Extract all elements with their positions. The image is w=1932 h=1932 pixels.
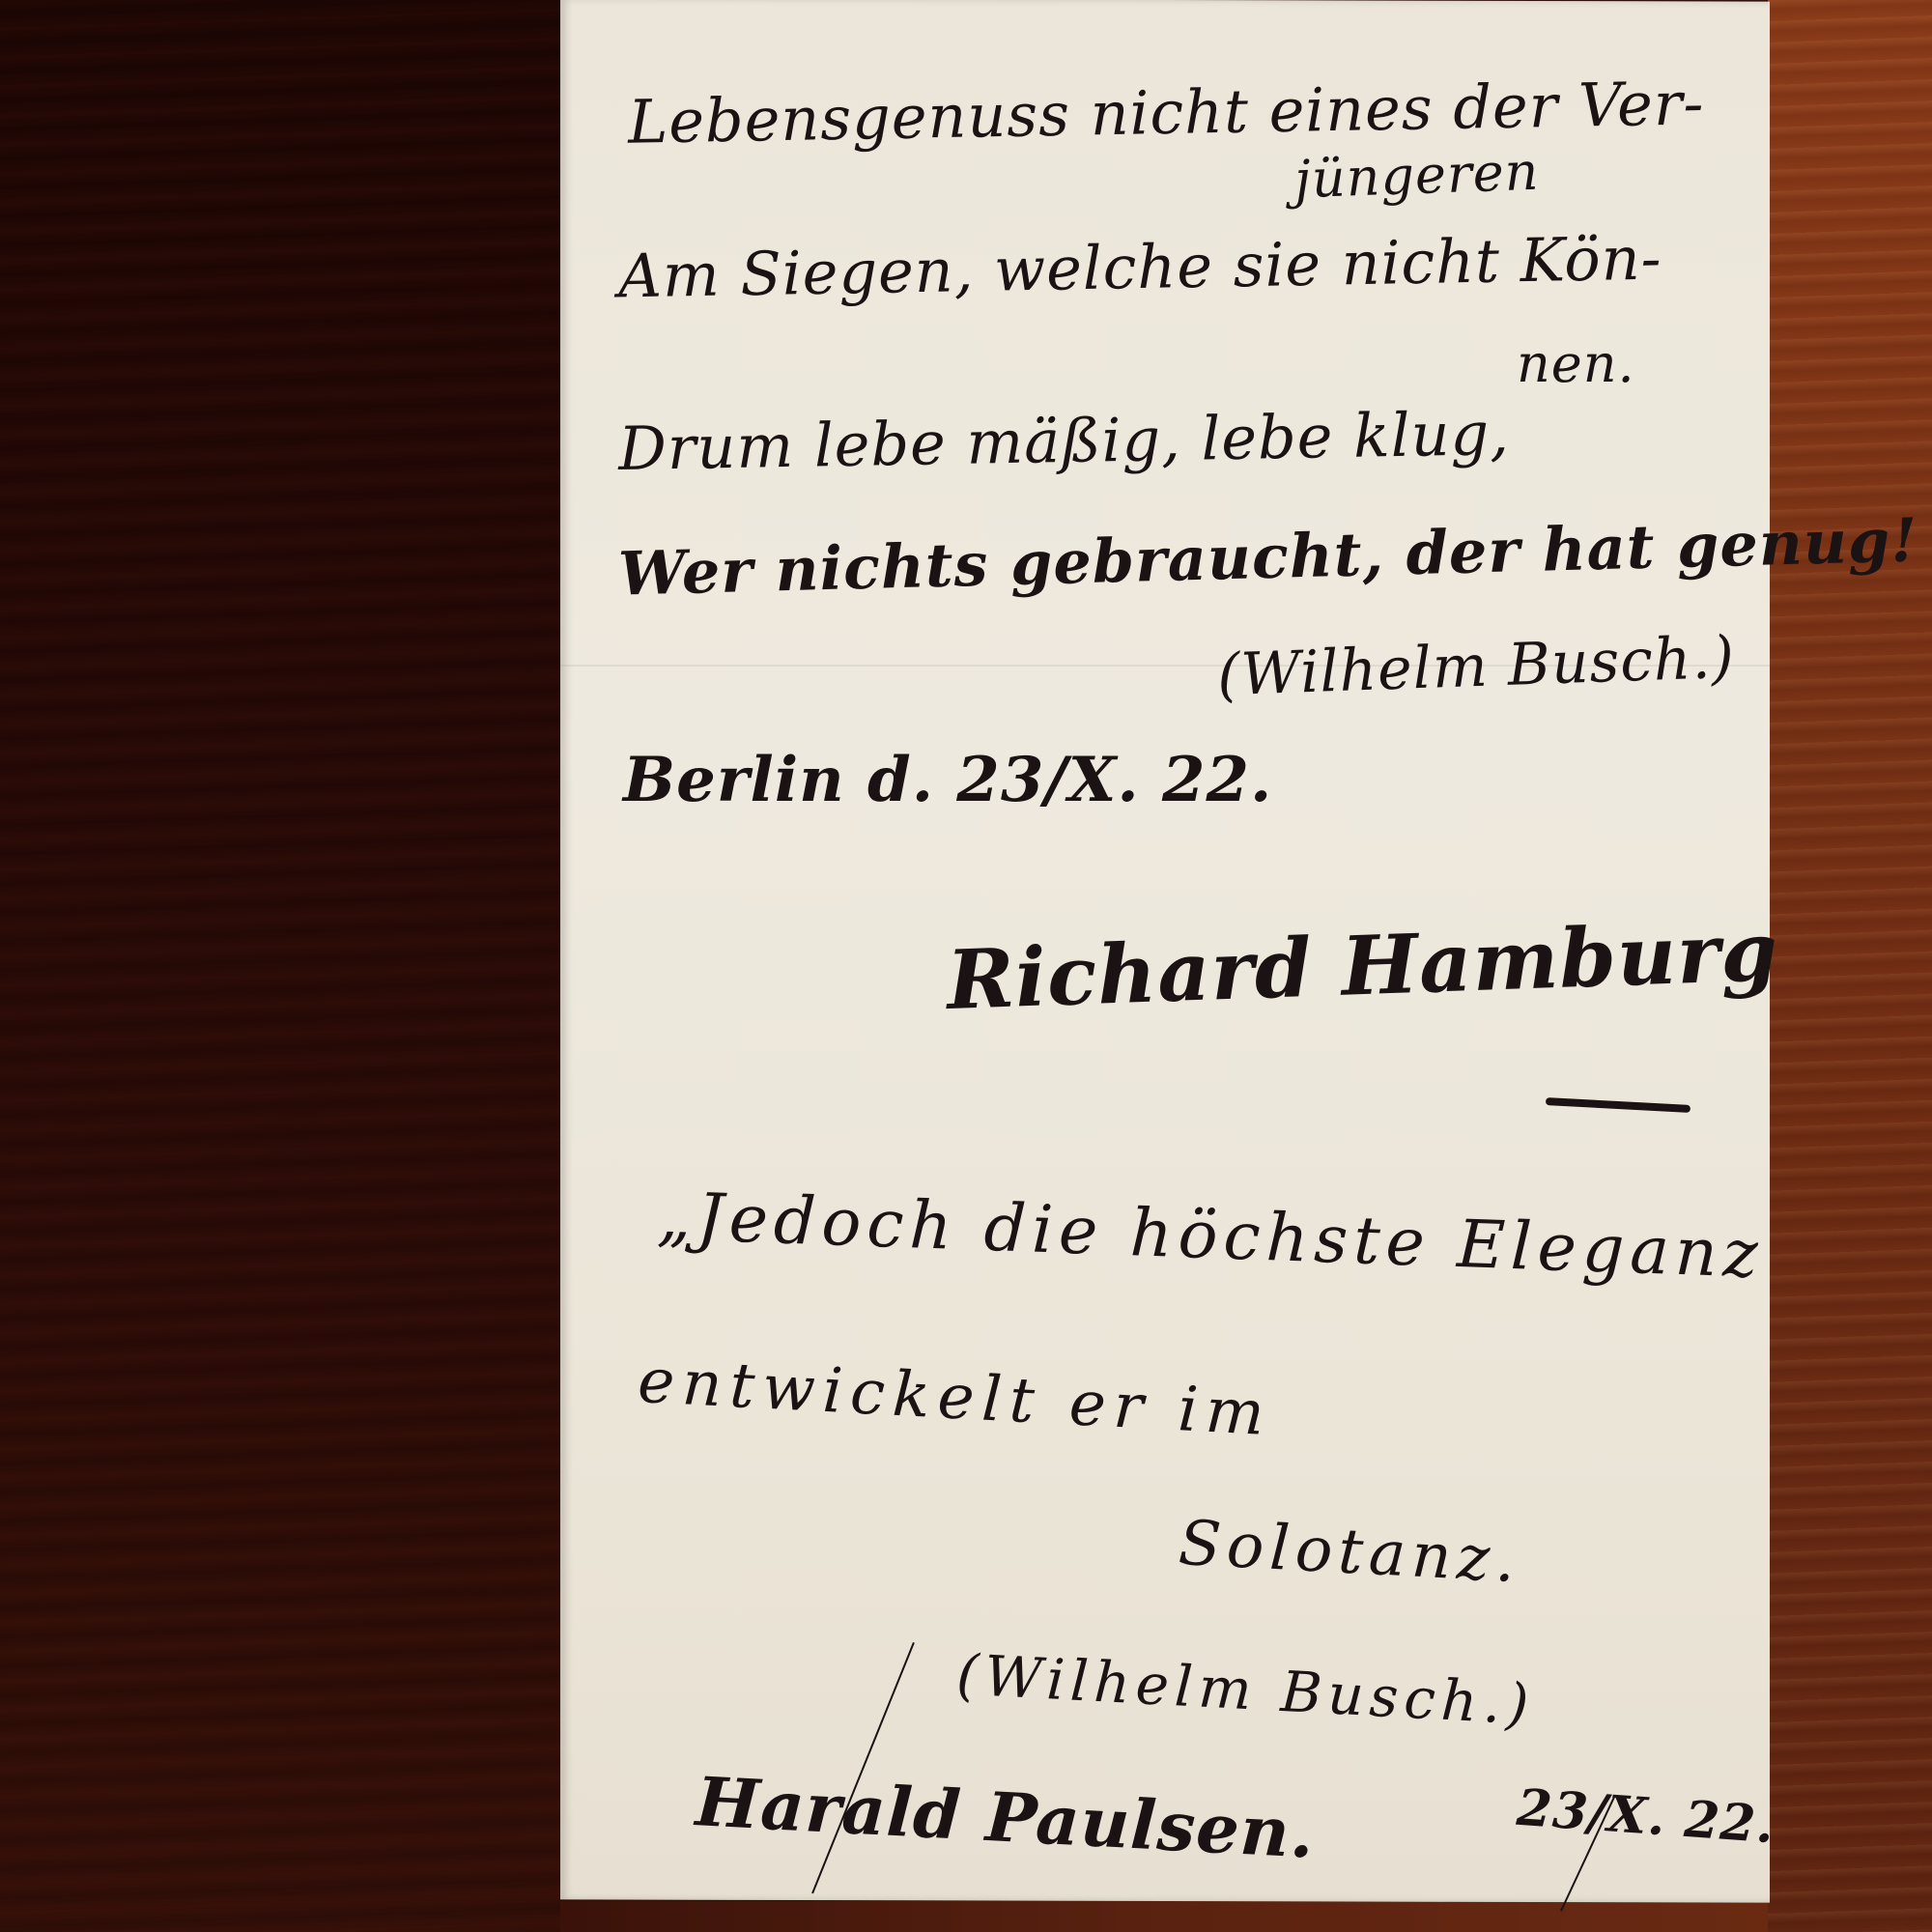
interlinear-word: jüngeren — [1293, 141, 1540, 211]
wooden-table-left — [0, 0, 560, 1932]
wooden-table-bottom — [560, 1901, 1768, 1932]
interlinear-word: nen. — [1517, 333, 1635, 394]
wooden-table-right — [1768, 0, 1932, 1932]
place-date: Berlin d. 23/X. 22. — [623, 744, 1272, 816]
